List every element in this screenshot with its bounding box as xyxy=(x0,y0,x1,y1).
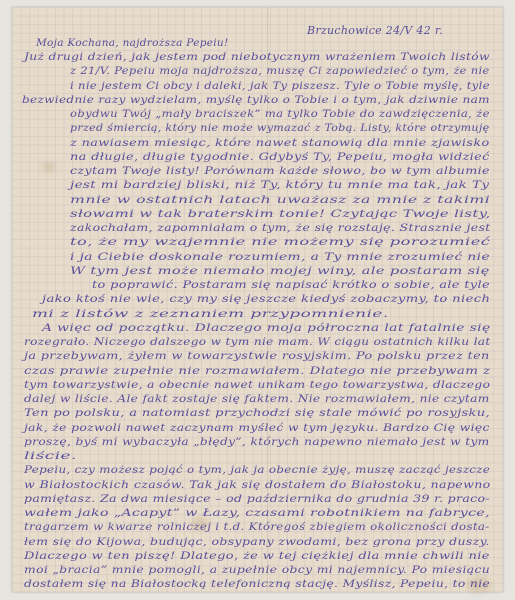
letter-line: rozegrało. Niczego dalszego w tym nie ma… xyxy=(24,336,491,348)
letter-line: i ja Ciebie doskonale rozumiem, a Ty mni… xyxy=(70,251,490,263)
letter-line: czytam Twoje listy! Porównam każde słowo… xyxy=(70,165,490,177)
letter-line: z nawiasem miesiąc, które nawet stanowią… xyxy=(70,137,490,149)
letter-line: i nie jestem Ci obcy i daleki, jak Ty pi… xyxy=(70,80,490,92)
letter-line: tym towarzystwie, a obecnie nawet unikam… xyxy=(24,379,490,391)
letter-line: Ten po polsku, a natomiast przychodzi si… xyxy=(24,407,490,419)
letter-line: łem się do Kijowa, budując, obsypany zwo… xyxy=(24,536,490,548)
letter-line: czas prawie zupełnie nie rozmawiałem. Dl… xyxy=(24,365,490,377)
letter-line: mi z listów z zeznaniem przypomnienie. xyxy=(32,308,389,320)
letter-line: na długie, długie tygodnie. Gdybyś Ty, P… xyxy=(70,151,490,163)
letter-line: Pepeiu, czy możesz pojąć o tym, jak ja o… xyxy=(24,464,490,476)
letter-line: proszę, byś mi wybaczyła „błędy”, któryc… xyxy=(24,436,490,448)
letter-line: A więc od początku. Dlaczego moja półroc… xyxy=(42,322,491,334)
letter-line: z 21/V. Pepeiu moja najdroższa, muszę Ci… xyxy=(70,65,490,77)
letter-line: pamiętasz. Za dwa miesiące – od paździer… xyxy=(24,493,490,505)
letter-line: Już drugi dzień, jak jestem pod niebotyc… xyxy=(24,51,490,63)
letter-line: jako ktoś nie wie, czy my się jeszcze ki… xyxy=(42,293,490,305)
letter-line: jak, że pozwoli nawet zaczynam myśleć w … xyxy=(24,422,490,434)
letter-line: wałem jako „Acapyt” w Łazy, czasami robo… xyxy=(24,507,490,519)
letter-line: to, że my wzajemnie nie możemy się poroz… xyxy=(70,236,490,248)
letter-line: słowami w tak braterskim tonie! Czytając… xyxy=(70,208,491,220)
letter-line: dalej w liście. Ale fakt zostaje się fak… xyxy=(24,393,490,405)
letter-line: jest mi bardziej bliski, niż Ty, który t… xyxy=(70,179,489,191)
letter-line: zakochałam, zapomniałam o tym, że się ro… xyxy=(70,222,491,234)
letter-line: przed śmiercią, który nie może wymazać z… xyxy=(70,122,489,134)
letter-page: Brzuchowice 24/V 42 r. Moja Kochana, naj… xyxy=(12,7,503,592)
letter-line: dostałem się na Białostocką telefoniczną… xyxy=(24,578,490,590)
salutation: Moja Kochana, najdroższa Pepeiu! xyxy=(36,37,228,49)
letter-line: bezwiednie razy wydzielam, myślę tylko o… xyxy=(22,94,490,106)
letter-line: ja przebywam, żyłem w towarzystwie rosyj… xyxy=(24,350,490,362)
letter-line: moi „bracia” mnie pomogli, a zupełnie ob… xyxy=(24,564,490,576)
letter-line: to poprawić. Postaram się napisać krótko… xyxy=(92,279,490,291)
letter-line: obydwu Twój „mały braciszek” ma tylko To… xyxy=(70,108,490,120)
letter-line: w Białostockich czasów. Tak jak się dost… xyxy=(24,479,491,491)
letter-line: W tym jest może niemało mojej winy, ale … xyxy=(70,265,490,277)
letter-line: Dlaczego w ten piszę! Dlatego, że w tej … xyxy=(24,550,490,562)
letter-line: liście. xyxy=(24,450,77,462)
paper-stain xyxy=(42,162,56,172)
place-date: Brzuchowice 24/V 42 r. xyxy=(307,24,443,37)
letter-line: tragarzem w kwarze rolniczej i t.d. Któr… xyxy=(24,521,490,533)
letter-line: mnie w ostatnich latach uważasz za mnie … xyxy=(70,194,490,206)
